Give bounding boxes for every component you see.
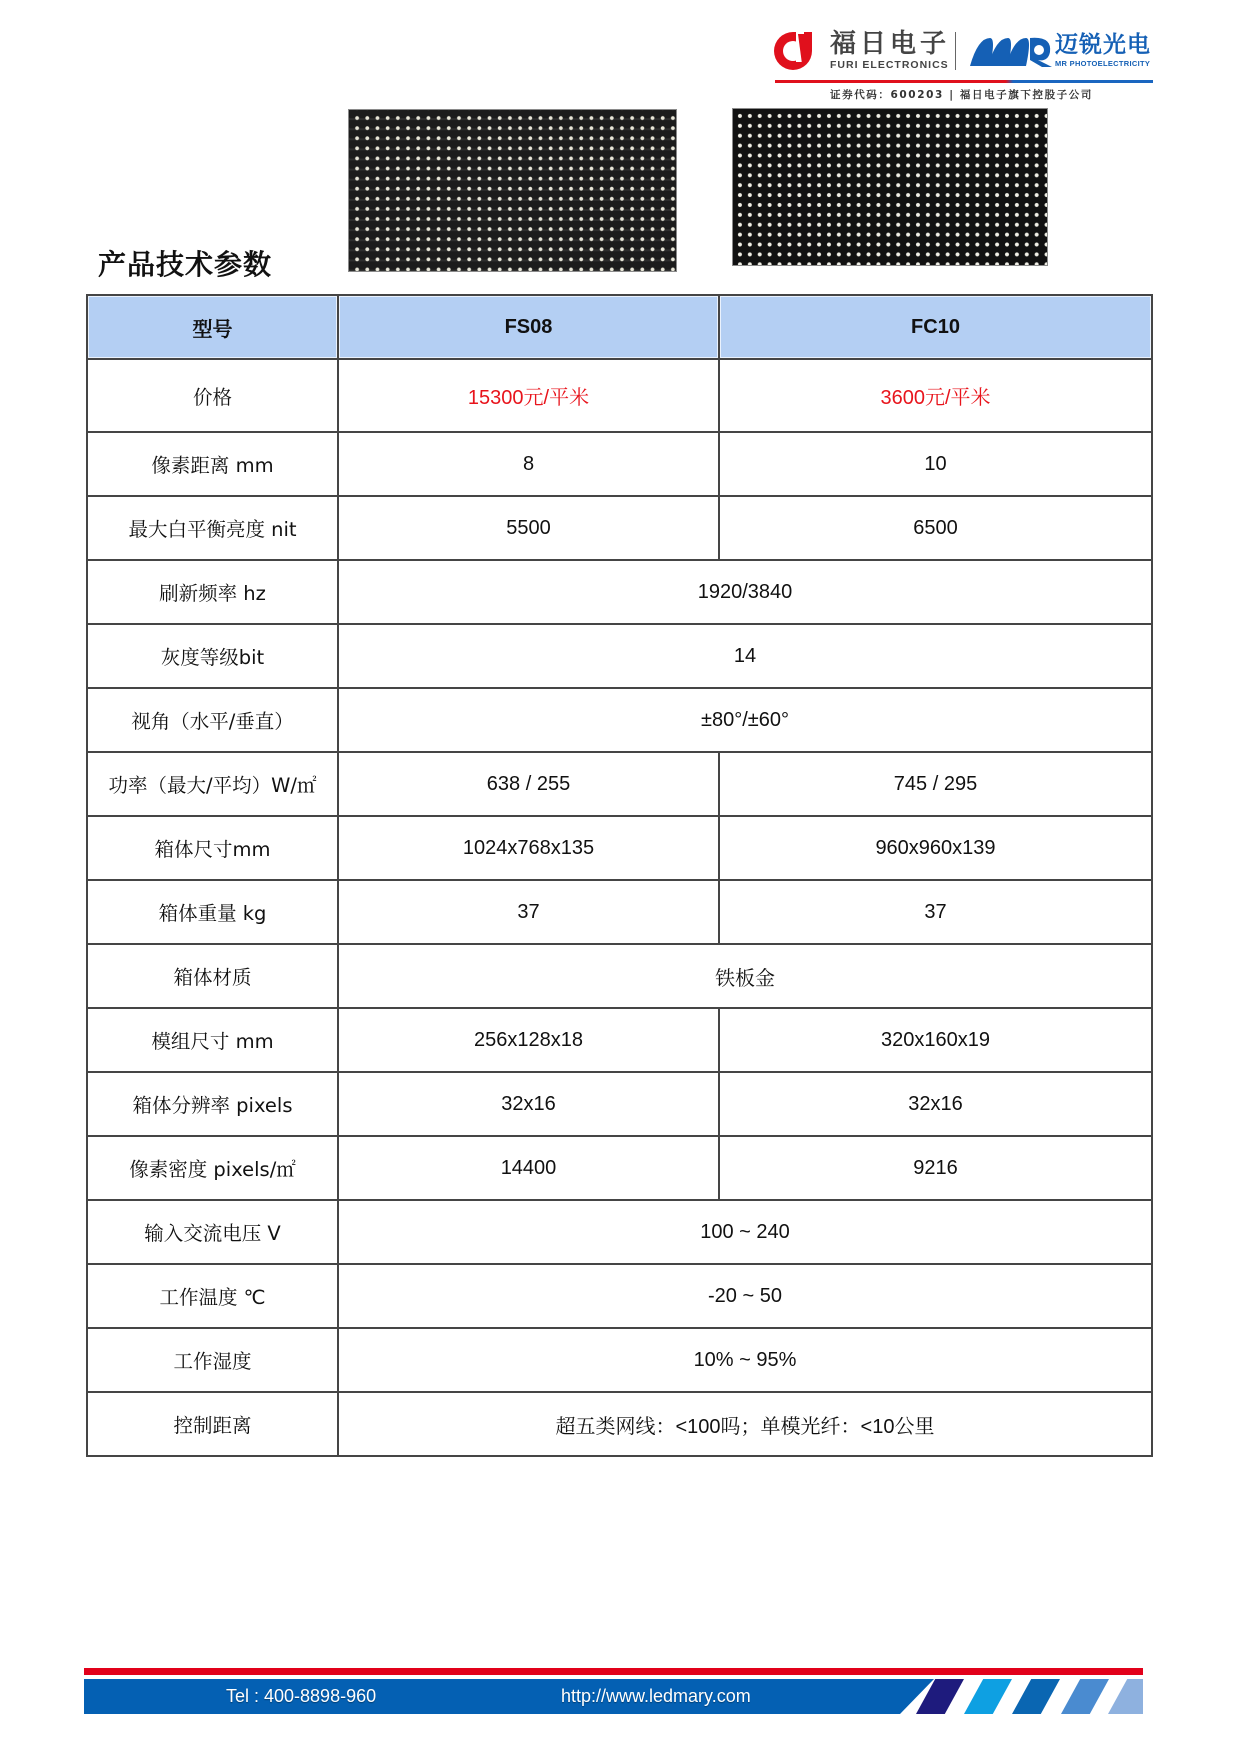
brand-header: 福日电子 FURI ELECTRONICS 迈锐光电 MR PHOTOELECT… <box>772 26 1156 106</box>
cell-value-merged: 1920/3840 <box>338 560 1152 624</box>
table-row-grayscale: 灰度等级bit 14 <box>87 624 1152 688</box>
section-title: 产品技术参数 <box>98 248 272 282</box>
cell-value: 6500 <box>719 496 1152 560</box>
footer-website-link[interactable]: http://www.ledmary.com <box>561 1684 751 1708</box>
table-row-refresh-rate: 刷新频率 hz 1920/3840 <box>87 560 1152 624</box>
cell-value: 32x16 <box>719 1072 1152 1136</box>
cell-value: 32x16 <box>338 1072 719 1136</box>
row-label: 模组尺寸 mm <box>87 1008 338 1072</box>
table-row-price: 价格 15300元/平米 3600元/平米 <box>87 359 1152 432</box>
cell-value: 5500 <box>338 496 719 560</box>
cell-value-merged: 14 <box>338 624 1152 688</box>
row-label: 控制距离 <box>87 1392 338 1456</box>
table-row-module-size: 模组尺寸 mm 256x128x18 320x160x19 <box>87 1008 1152 1072</box>
brand-divider <box>955 32 956 70</box>
price-value: 3600元/平米 <box>880 387 990 409</box>
row-label: 最大白平衡亮度 nit <box>87 496 338 560</box>
footer-stripe-decoration <box>1108 1679 1143 1714</box>
table-row-operating-humidity: 工作湿度 10% ~ 95% <box>87 1328 1152 1392</box>
header-model-fc10: FC10 <box>719 295 1152 359</box>
row-label: 箱体分辨率 pixels <box>87 1072 338 1136</box>
table-row-input-voltage: 输入交流电压 V 100 ~ 240 <box>87 1200 1152 1264</box>
cell-value: 14400 <box>338 1136 719 1200</box>
table-row-operating-temperature: 工作温度 ℃ -20 ~ 50 <box>87 1264 1152 1328</box>
row-label: 箱体尺寸mm <box>87 816 338 880</box>
mr-brand-name: 迈锐光电 <box>1055 32 1151 58</box>
product-image-fs08 <box>348 109 677 272</box>
header-model-fs08: FS08 <box>338 295 719 359</box>
header-model-label: 型号 <box>87 295 338 359</box>
cell-value: 8 <box>338 432 719 496</box>
mr-logo-icon <box>968 34 1054 68</box>
row-label: 箱体材质 <box>87 944 338 1008</box>
cell-value: 37 <box>719 880 1152 944</box>
table-row-pixel-pitch: 像素距离 mm 8 10 <box>87 432 1152 496</box>
table-row-cabinet-resolution: 箱体分辨率 pixels 32x16 32x16 <box>87 1072 1152 1136</box>
cell-value: 10 <box>719 432 1152 496</box>
cell-value: 960x960x139 <box>719 816 1152 880</box>
furi-brand-english: FURI ELECTRONICS <box>830 59 949 71</box>
cell-value: 37 <box>338 880 719 944</box>
row-label: 像素距离 mm <box>87 432 338 496</box>
row-label: 工作湿度 <box>87 1328 338 1392</box>
cell-value: 638 / 255 <box>338 752 719 816</box>
table-header-row: 型号 FS08 FC10 <box>87 295 1152 359</box>
cell-value-merged: 10% ~ 95% <box>338 1328 1152 1392</box>
footer-stripe-decoration <box>1012 1679 1060 1714</box>
price-fc10: 3600元/平米 <box>719 359 1152 432</box>
table-row-control-distance: 控制距离 超五类网线：<100吗；单模光纤：<10公里 <box>87 1392 1152 1456</box>
row-label: 价格 <box>87 359 338 432</box>
cell-value: 256x128x18 <box>338 1008 719 1072</box>
mr-brand-english: MR PHOTOELECTRICITY <box>1055 59 1150 69</box>
cell-value-merged: -20 ~ 50 <box>338 1264 1152 1328</box>
cell-value-merged: ±80°/±60° <box>338 688 1152 752</box>
spec-table: 型号 FS08 FC10 价格 15300元/平米 3600元/平米 像素距离 … <box>86 294 1153 1457</box>
furi-logo-icon <box>772 30 814 72</box>
cell-value-merged: 铁板金 <box>338 944 1152 1008</box>
table-row-brightness: 最大白平衡亮度 nit 5500 6500 <box>87 496 1152 560</box>
footer-stripe-decoration <box>964 1679 1012 1714</box>
cell-value: 9216 <box>719 1136 1152 1200</box>
brand-underline <box>775 80 1153 83</box>
cell-value-merged: 超五类网线：<100吗；单模光纤：<10公里 <box>338 1392 1152 1456</box>
table-row-cabinet-weight: 箱体重量 kg 37 37 <box>87 880 1152 944</box>
row-label: 灰度等级bit <box>87 624 338 688</box>
table-row-power: 功率（最大/平均）W/㎡ 638 / 255 745 / 295 <box>87 752 1152 816</box>
cell-value: 320x160x19 <box>719 1008 1152 1072</box>
row-label: 输入交流电压 V <box>87 1200 338 1264</box>
row-label: 像素密度 pixels/㎡ <box>87 1136 338 1200</box>
row-label: 箱体重量 kg <box>87 880 338 944</box>
stock-code-subtitle: 证券代码：600203 | 福日电子旗下控股子公司 <box>830 88 1093 102</box>
row-label: 功率（最大/平均）W/㎡ <box>87 752 338 816</box>
cell-value-merged: 100 ~ 240 <box>338 1200 1152 1264</box>
row-label: 刷新频率 hz <box>87 560 338 624</box>
footer-stripe-decoration <box>1061 1679 1109 1714</box>
footer-band <box>84 1679 934 1714</box>
table-row-cabinet-material: 箱体材质 铁板金 <box>87 944 1152 1008</box>
row-label: 工作温度 ℃ <box>87 1264 338 1328</box>
footer-red-rule <box>84 1668 1143 1675</box>
table-row-viewing-angle: 视角（水平/垂直） ±80°/±60° <box>87 688 1152 752</box>
cell-value: 1024x768x135 <box>338 816 719 880</box>
table-row-cabinet-size: 箱体尺寸mm 1024x768x135 960x960x139 <box>87 816 1152 880</box>
table-row-pixel-density: 像素密度 pixels/㎡ 14400 9216 <box>87 1136 1152 1200</box>
price-fs08: 15300元/平米 <box>338 359 719 432</box>
furi-brand-name: 福日电子 <box>830 30 950 58</box>
price-value: 15300元/平米 <box>468 387 589 409</box>
footer-phone: Tel : 400-8898-960 <box>226 1684 376 1708</box>
product-image-fc10 <box>732 108 1048 266</box>
cell-value: 745 / 295 <box>719 752 1152 816</box>
row-label: 视角（水平/垂直） <box>87 688 338 752</box>
